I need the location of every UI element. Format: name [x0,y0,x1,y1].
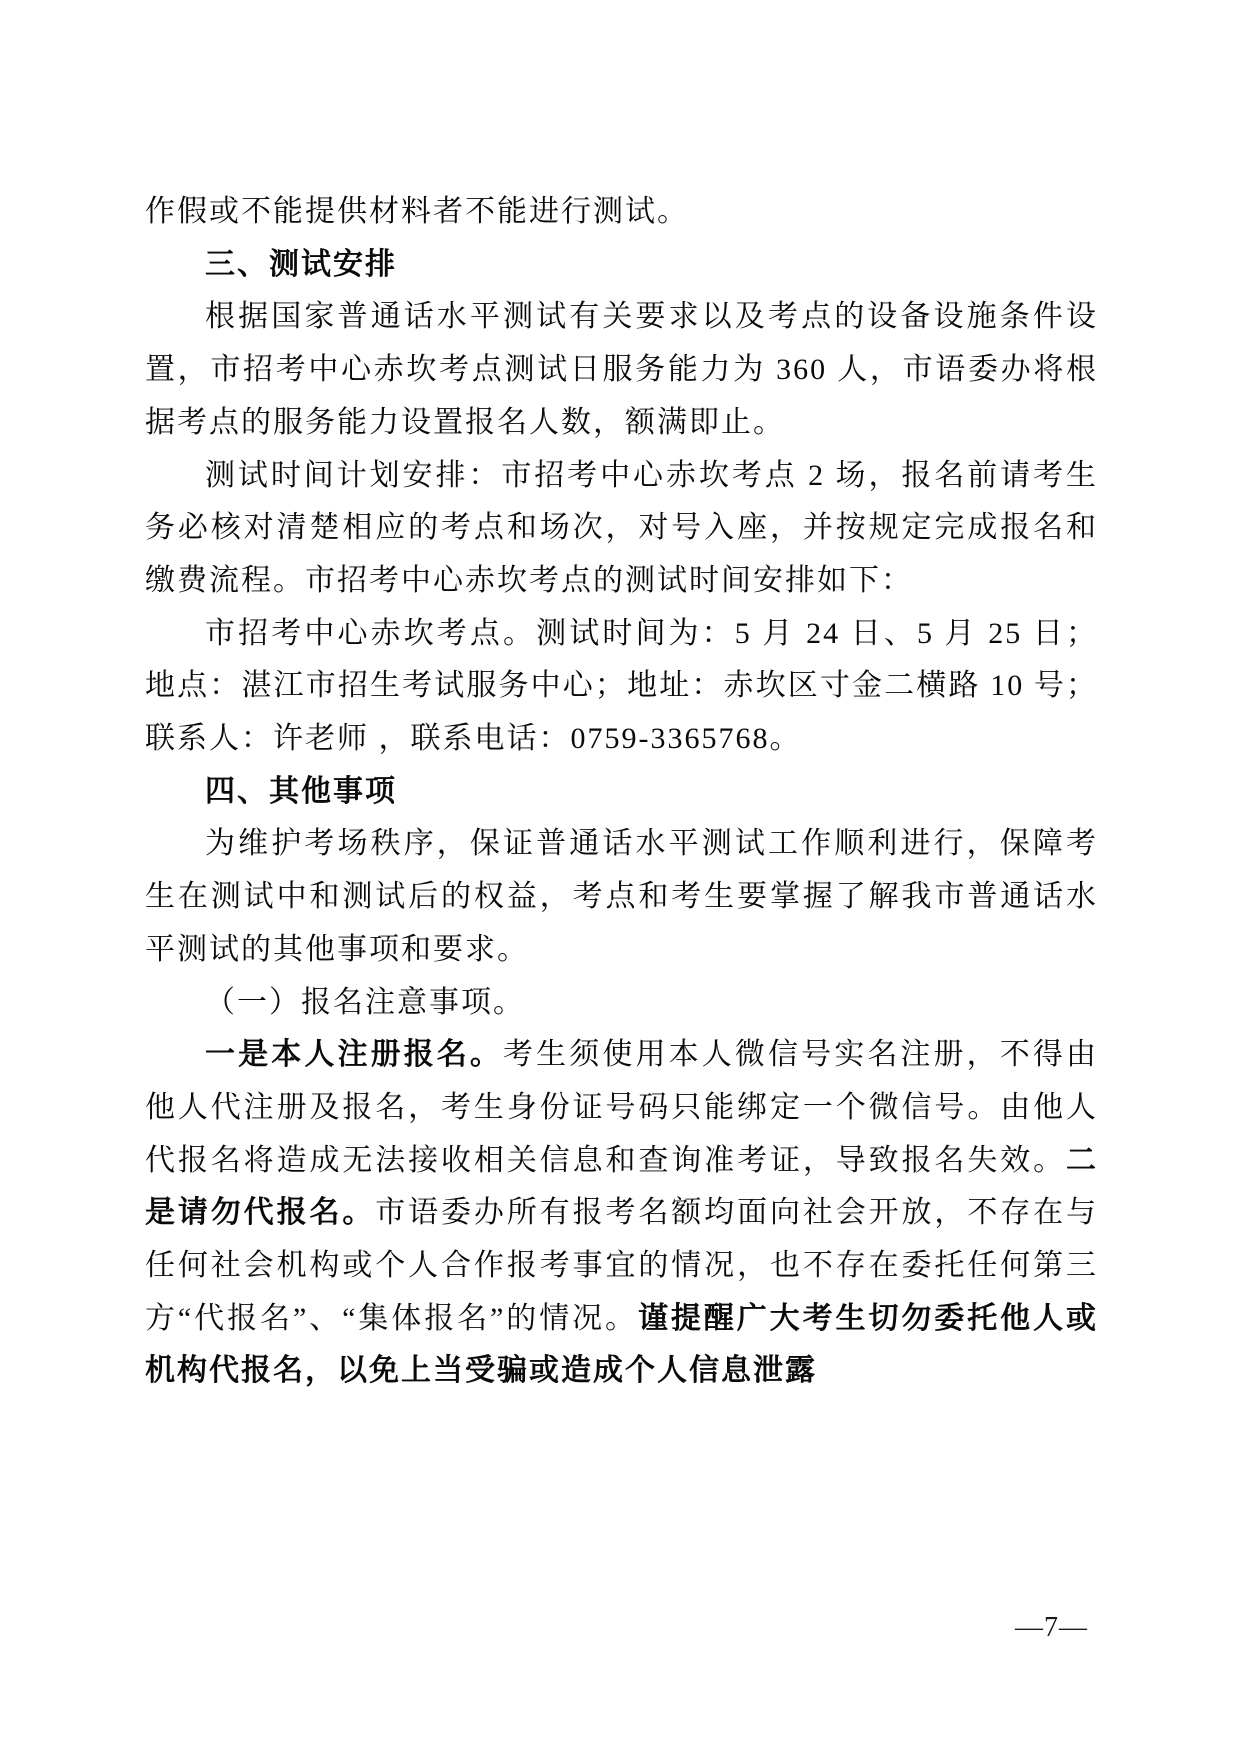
text-run: 测试时间计划安排：市招考中心赤坎考点 2 场，报名前请考生务必核对清楚相应的考点… [145,459,1098,597]
page-number: —7— [1015,1612,1088,1644]
section-heading: 四、其他事项 [145,766,1098,819]
paragraph: 市招考中心赤坎考点。测试时间为：5 月 24 日、5 月 25 日；地点：湛江市… [145,608,1098,766]
text-run: （一）报名注意事项。 [205,986,525,1019]
text-run: 作假或不能提供材料者不能进行测试。 [145,195,689,228]
paragraph: 一是本人注册报名。考生须使用本人微信号实名注册，不得由他人代注册及报名，考生身份… [145,1029,1098,1398]
section-heading: 三、测试安排 [145,239,1098,292]
bold-text-run: 四、其他事项 [205,775,397,808]
text-run: 根据国家普通话水平测试有关要求以及考点的设备设施条件设置，市招考中心赤坎考点测试… [145,300,1098,438]
document-page: 作假或不能提供材料者不能进行测试。三、测试安排根据国家普通话水平测试有关要求以及… [0,0,1240,1754]
bold-text-run: 三、测试安排 [205,248,397,281]
document-body: 作假或不能提供材料者不能进行测试。三、测试安排根据国家普通话水平测试有关要求以及… [145,186,1098,1398]
bold-text-run: 一是本人注册报名。 [205,1038,503,1071]
paragraph: 测试时间计划安排：市招考中心赤坎考点 2 场，报名前请考生务必核对清楚相应的考点… [145,450,1098,608]
paragraph: 根据国家普通话水平测试有关要求以及考点的设备设施条件设置，市招考中心赤坎考点测试… [145,291,1098,449]
paragraph: （一）报名注意事项。 [145,977,1098,1030]
text-run: 市招考中心赤坎考点。测试时间为：5 月 24 日、5 月 25 日；地点：湛江市… [145,617,1098,755]
paragraph: 为维护考场秩序，保证普通话水平测试工作顺利进行，保障考生在测试中和测试后的权益，… [145,818,1098,976]
text-run: 为维护考场秩序，保证普通话水平测试工作顺利进行，保障考生在测试中和测试后的权益，… [145,827,1098,965]
paragraph: 作假或不能提供材料者不能进行测试。 [145,186,1098,239]
